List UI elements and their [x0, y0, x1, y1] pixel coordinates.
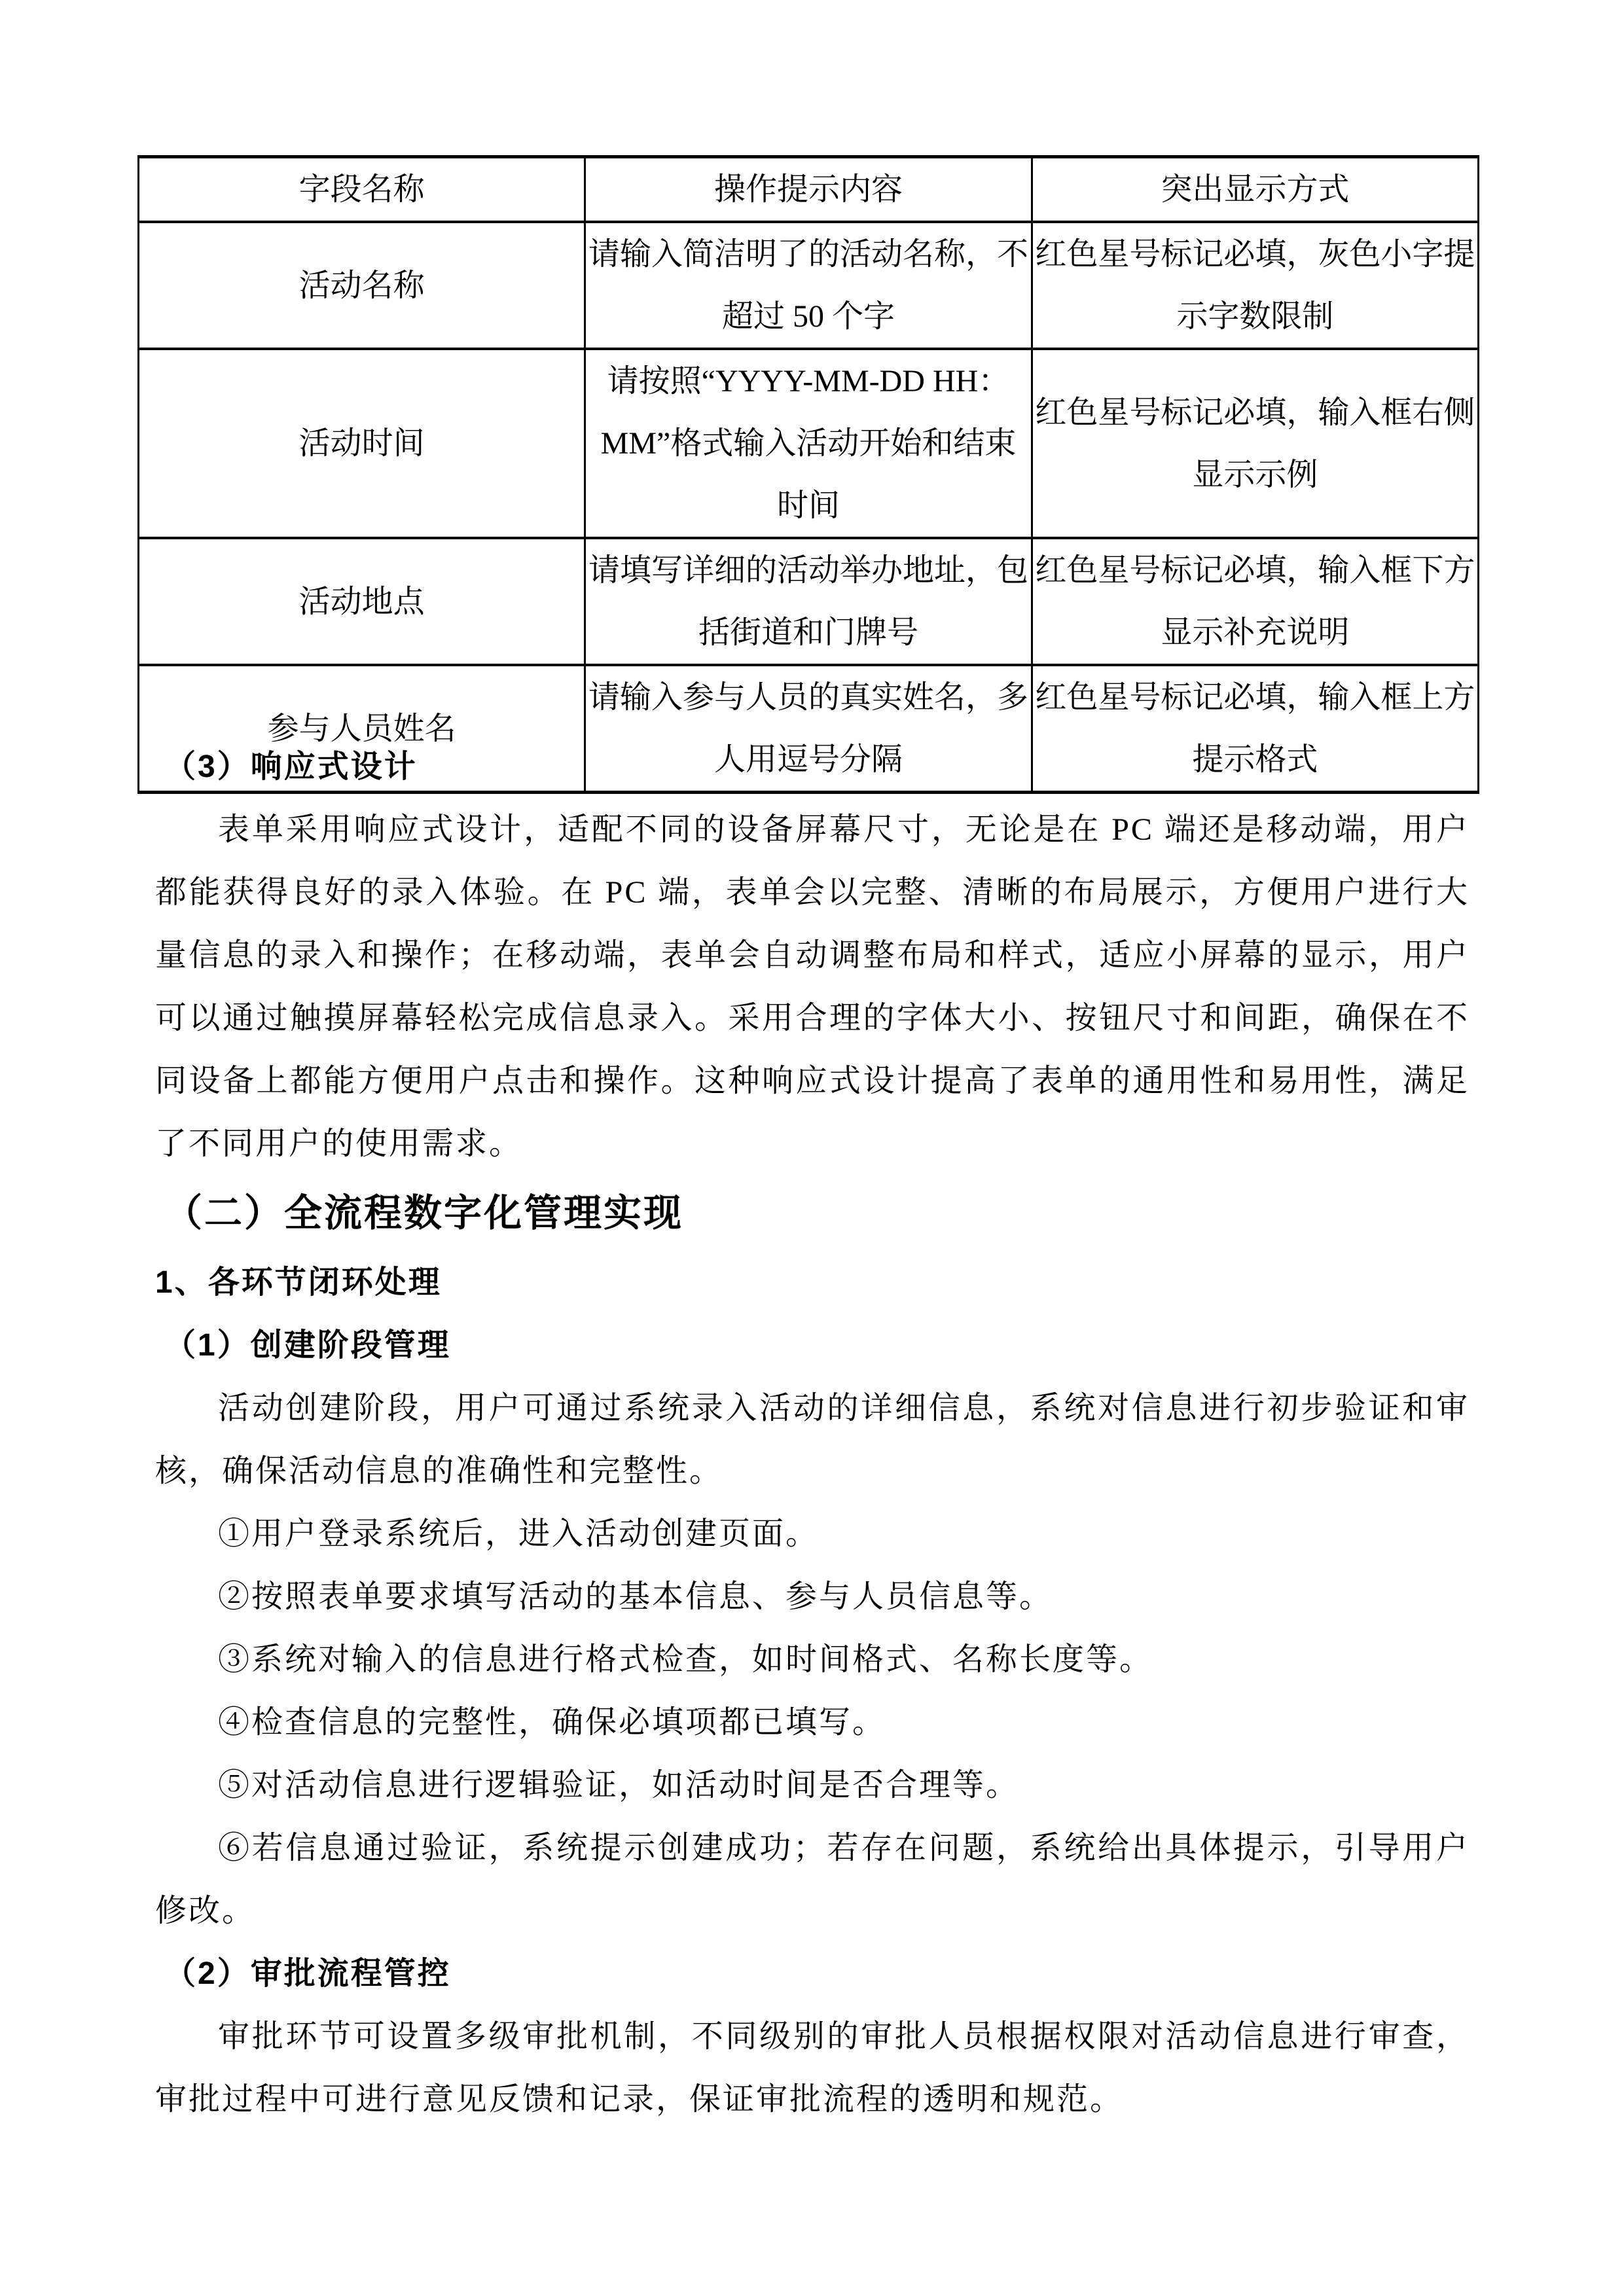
cell-prompt: 请按照“YYYY-MM-DD HH：MM”格式输入活动开始和结束时间 [585, 349, 1032, 538]
paragraph-responsive-design: 表单采用响应式设计，适配不同的设备屏幕尺寸，无论是在 PC 端还是移动端，用户都… [155, 798, 1470, 1175]
create-step-3: ③系统对输入的信息进行格式检查，如时间格式、名称长度等。 [155, 1628, 1470, 1691]
cell-highlight: 红色星号标记必填，输入框右侧显示示例 [1032, 349, 1478, 538]
heading-responsive-design: （3）响应式设计 [155, 736, 1470, 798]
cell-field: 活动时间 [139, 349, 585, 538]
create-step-1: ①用户登录系统后，进入活动创建页面。 [155, 1503, 1470, 1566]
table-row-activity-time: 活动时间 请按照“YYYY-MM-DD HH：MM”格式输入活动开始和结束时间 … [139, 349, 1479, 538]
create-step-2: ②按照表单要求填写活动的基本信息、参与人员信息等。 [155, 1566, 1470, 1628]
cell-prompt: 请输入简洁明了的活动名称，不超过 50 个字 [585, 222, 1032, 349]
header-highlight-style: 突出显示方式 [1032, 157, 1478, 223]
create-step-6: ⑥若信息通过验证，系统提示创建成功；若存在问题，系统给出具体提示，引导用户修改。 [155, 1817, 1470, 1943]
cell-field: 活动地点 [139, 538, 585, 665]
heading-approval-control: （2）审批流程管控 [155, 1943, 1470, 2005]
cell-prompt: 请填写详细的活动举办地址，包括街道和门牌号 [585, 538, 1032, 665]
cell-highlight: 红色星号标记必填，灰色小字提示字数限制 [1032, 222, 1478, 349]
header-prompt-content: 操作提示内容 [585, 157, 1032, 223]
paragraph-approval-control: 审批环节可设置多级审批机制，不同级别的审批人员根据权限对活动信息进行审查，审批过… [155, 2005, 1470, 2131]
heading-create-stage: （1）创建阶段管理 [155, 1314, 1470, 1377]
table-header-row: 字段名称 操作提示内容 突出显示方式 [139, 157, 1479, 223]
paragraph-create-stage: 活动创建阶段，用户可通过系统录入活动的详细信息，系统对信息进行初步验证和审核，确… [155, 1377, 1470, 1503]
table-row-activity-place: 活动地点 请填写详细的活动举办地址，包括街道和门牌号 红色星号标记必填，输入框下… [139, 538, 1479, 665]
heading-closed-loop: 1、各环节闭环处理 [155, 1251, 1470, 1314]
table-row-activity-name: 活动名称 请输入简洁明了的活动名称，不超过 50 个字 红色星号标记必填，灰色小… [139, 222, 1479, 349]
document-page: 字段名称 操作提示内容 突出显示方式 活动名称 请输入简洁明了的活动名称，不超过… [0, 0, 1624, 2296]
create-step-4: ④检查信息的完整性，确保必填项都已填写。 [155, 1691, 1470, 1754]
cell-highlight: 红色星号标记必填，输入框下方显示补充说明 [1032, 538, 1478, 665]
cell-field: 活动名称 [139, 222, 585, 349]
create-step-5: ⑤对活动信息进行逻辑验证，如活动时间是否合理等。 [155, 1754, 1470, 1817]
header-field-name: 字段名称 [139, 157, 585, 223]
document-body: （3）响应式设计 表单采用响应式设计，适配不同的设备屏幕尺寸，无论是在 PC 端… [155, 736, 1470, 2131]
field-prompt-table: 字段名称 操作提示内容 突出显示方式 活动名称 请输入简洁明了的活动名称，不超过… [137, 155, 1479, 794]
heading-full-process-management: （二）全流程数字化管理实现 [155, 1175, 1470, 1251]
